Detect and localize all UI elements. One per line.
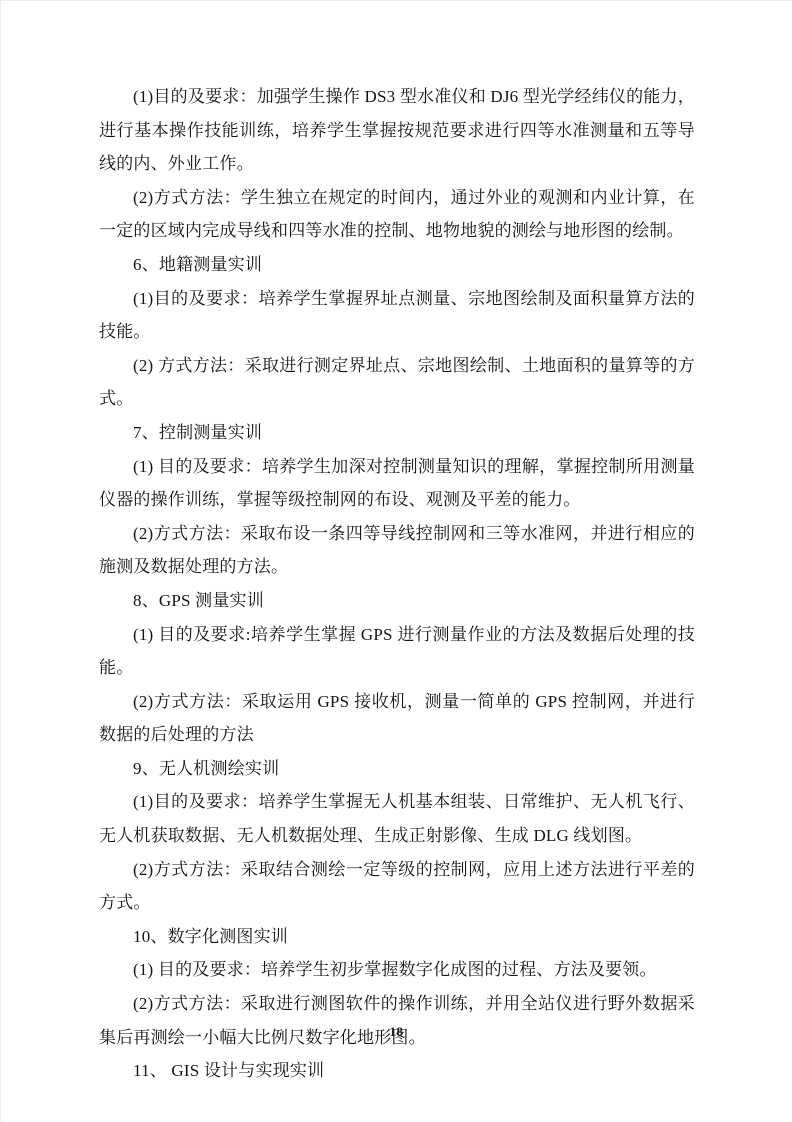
- section-heading: 9、无人机测绘实训: [99, 752, 695, 786]
- document-page: (1)目的及要求：加强学生操作 DS3 型水准仪和 DJ6 型光学经纬仪的能力，…: [0, 0, 792, 1122]
- body-paragraph: (1)目的及要求：加强学生操作 DS3 型水准仪和 DJ6 型光学经纬仪的能力，…: [99, 80, 695, 181]
- section-heading: 10、数字化测图实训: [99, 920, 695, 954]
- body-paragraph: (1) 目的及要求：培养学生初步掌握数字化成图的过程、方法及要领。: [99, 953, 695, 987]
- body-paragraph: (2)方式方法：采取布设一条四等导线控制网和三等水准网，并进行相应的施测及数据处…: [99, 517, 695, 584]
- section-heading: 11、 GIS 设计与实现实训: [99, 1054, 695, 1088]
- section-heading: 8、GPS 测量实训: [99, 584, 695, 618]
- body-paragraph: (1)目的及要求：培养学生掌握无人机基本组装、日常维护、无人机飞行、无人机获取数…: [99, 785, 695, 852]
- body-paragraph: (2)方式方法：采取运用 GPS 接收机，测量一简单的 GPS 控制网，并进行数…: [99, 685, 695, 752]
- body-paragraph: (1) 目的及要求：培养学生加深对控制测量知识的理解，掌握控制所用测量仪器的操作…: [99, 450, 695, 517]
- section-heading: 6、地籍测量实训: [99, 248, 695, 282]
- page-footer: 18: [1, 1023, 792, 1041]
- body-paragraph: (2)方式方法：采取进行测图软件的操作训练，并用全站仪进行野外数据采集后再测绘一…: [99, 987, 695, 1054]
- body-paragraph: (2)方式方法：采取结合测绘一定等级的控制网，应用上述方法进行平差的方式。: [99, 853, 695, 920]
- body-paragraph: (1)目的及要求：培养学生掌握界址点测量、宗地图绘制及面积量算方法的技能。: [99, 282, 695, 349]
- body-paragraph: (1) 目的及要求:培养学生掌握 GPS 进行测量作业的方法及数据后处理的技能。: [99, 618, 695, 685]
- document-body: (1)目的及要求：加强学生操作 DS3 型水准仪和 DJ6 型光学经纬仪的能力，…: [99, 80, 695, 1088]
- section-heading: 7、控制测量实训: [99, 416, 695, 450]
- body-paragraph: (2) 方式方法：采取进行测定界址点、宗地图绘制、土地面积的量算等的方式。: [99, 349, 695, 416]
- page-number: 18: [390, 1024, 404, 1039]
- body-paragraph: (2)方式方法：学生独立在规定的时间内，通过外业的观测和内业计算，在一定的区域内…: [99, 181, 695, 248]
